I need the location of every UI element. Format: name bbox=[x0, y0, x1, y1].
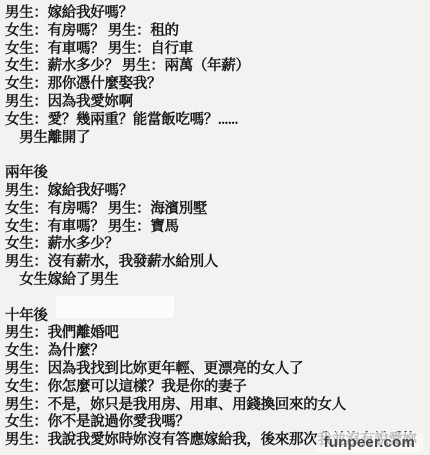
dialogue-line: 女生：有房嗎？ 男生：租的 bbox=[5, 23, 430, 41]
dialogue-line: 女生：有車嗎？ 男生：寶馬 bbox=[5, 219, 430, 237]
dialogue-line: 女生：你不是說過你愛我嗎？ bbox=[5, 414, 430, 432]
dialogue-line: 女生嫁給了男生 bbox=[5, 272, 430, 290]
dialogue-line: 女生：薪水多少？ bbox=[5, 236, 430, 254]
dialogue-line: 女生：愛？幾兩重？能當飯吃嗎？...... bbox=[5, 112, 430, 130]
dialogue-line: 女生：有房嗎？ 男生：海濱別墅 bbox=[5, 201, 430, 219]
dialogue-line: 男生：因為我愛妳啊 bbox=[5, 94, 430, 112]
erased-watermark-patch bbox=[56, 296, 174, 318]
dialogue-line: 男生：我們離婚吧 bbox=[5, 325, 430, 343]
dialogue-text: 男生：嫁給我好嗎？ 女生：有房嗎？ 男生：租的 女生：有車嗎？ 男生：自行車 女… bbox=[5, 5, 430, 450]
dialogue-line: 男生：嫁給我好嗎？ bbox=[5, 183, 430, 201]
dialogue-line: 男生：沒有薪水，我發薪水給別人 bbox=[5, 254, 430, 272]
dialogue-line: 男生：嫁給我好嗎？ bbox=[5, 5, 430, 23]
section-heading-two-years-later: 兩年後 bbox=[5, 165, 430, 183]
dialogue-line: 男生：不是，妳只是我用房、用車、用錢換回來的女人 bbox=[5, 397, 430, 415]
dialogue-line: 女生：薪水多少？ 男生：兩萬（年薪） bbox=[5, 58, 430, 76]
watermark-badge: funpeer.com bbox=[316, 432, 423, 453]
dialogue-line: 女生：有車嗎？ 男生：自行車 bbox=[5, 41, 430, 59]
blank-line bbox=[5, 147, 430, 165]
dialogue-line: 女生：你怎麼可以這樣？我是你的妻子 bbox=[5, 379, 430, 397]
dialogue-line: 男生：因為我找到比妳更年輕、更漂亮的女人了 bbox=[5, 361, 430, 379]
dialogue-line: 男生離開了 bbox=[5, 130, 430, 148]
watermark-label: funpeer.com bbox=[324, 434, 415, 451]
dialogue-line: 女生：為什麼？ bbox=[5, 343, 430, 361]
dialogue-line: 女生：那你憑什麼娶我？ bbox=[5, 76, 430, 94]
